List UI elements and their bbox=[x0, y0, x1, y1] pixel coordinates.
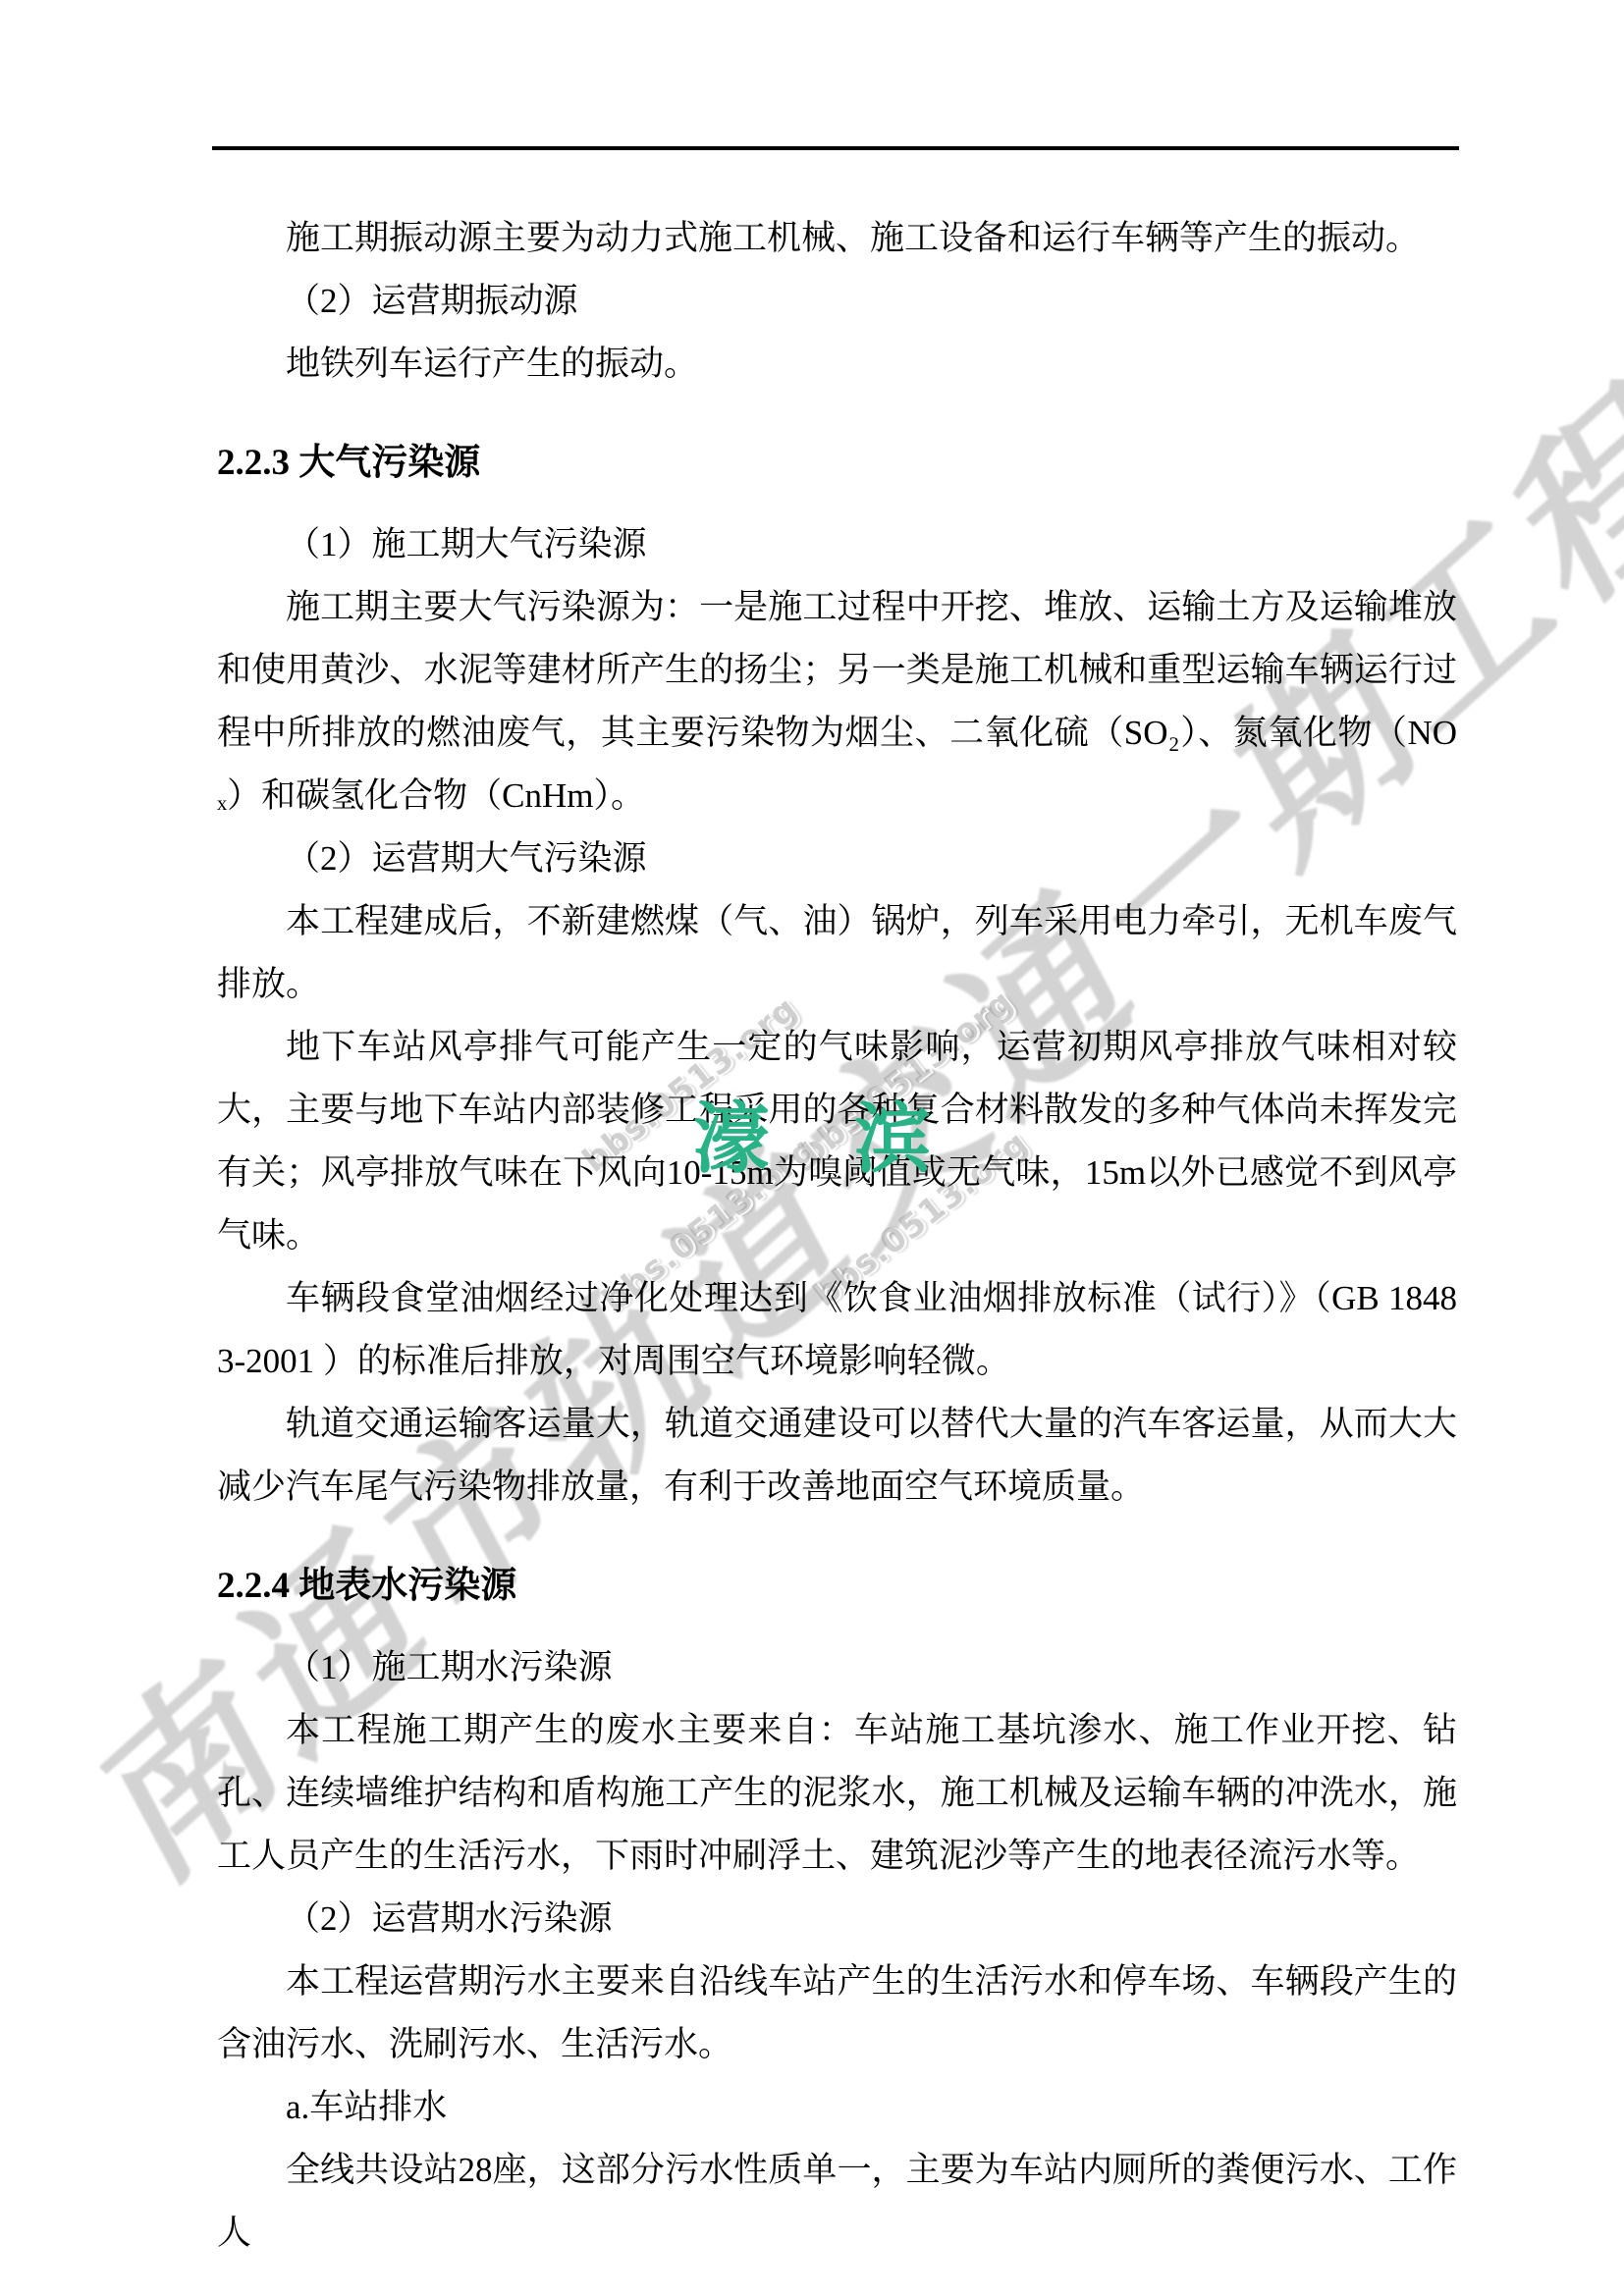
para-item-1-water-construction: （1）施工期水污染源 bbox=[217, 1636, 1457, 1699]
para-vibration-construction: 施工期振动源主要为动力式施工机械、施工设备和运行车辆等产生的振动。 bbox=[217, 207, 1457, 270]
document-page: 南通市轨道交通一期工程 bbs.0513.org bbs.0513.org bb… bbox=[0, 0, 1624, 2296]
para-air-operation-desc: 本工程建成后，不新建燃煤（气、油）锅炉，列车采用电力牵引，无机车废气排放。 bbox=[217, 890, 1457, 1016]
page-body: 施工期振动源主要为动力式施工机械、施工设备和运行车辆等产生的振动。 （2）运营期… bbox=[217, 146, 1457, 2265]
para-item-2-vibration-operation: （2）运营期振动源 bbox=[217, 270, 1457, 333]
para-station-drainage-desc: 全线共设站28座，这部分污水性质单一，主要为车站内厕所的粪便污水、工作人 bbox=[217, 2139, 1457, 2265]
section-heading-2-2-4: 2.2.4 地表水污染源 bbox=[217, 1562, 1457, 1611]
header-rule bbox=[212, 146, 1459, 150]
section-heading-2-2-3: 2.2.3 大气污染源 bbox=[217, 439, 1457, 488]
para-item-2-water-operation: （2）运营期水污染源 bbox=[217, 1888, 1457, 1950]
haobin-logo-watermark: 濠滨 bbox=[693, 1101, 1015, 1178]
para-item-2-air-operation: （2）运营期大气污染源 bbox=[217, 828, 1457, 890]
para-canteen-fume: 车辆段食堂油烟经过净化处理达到《饮食业油烟排放标准（试行）》（GB 18483-… bbox=[217, 1267, 1457, 1393]
para-station-drainage-label: a.车站排水 bbox=[217, 2076, 1457, 2139]
para-water-operation-desc: 本工程运营期污水主要来自沿线车站产生的生活污水和停车场、车辆段产生的含油污水、洗… bbox=[217, 1950, 1457, 2076]
para-item-1-air-construction: （1）施工期大气污染源 bbox=[217, 513, 1457, 576]
para-rail-transit-benefit: 轨道交通运输客运量大，轨道交通建设可以替代大量的汽车客运量，从而大大减少汽车尾气… bbox=[217, 1393, 1457, 1519]
para-vibration-operation-desc: 地铁列车运行产生的振动。 bbox=[217, 333, 1457, 396]
para-air-construction-desc: 施工期主要大气污染源为：一是施工过程中开挖、堆放、运输土方及运输堆放和使用黄沙、… bbox=[217, 576, 1457, 828]
para-water-construction-desc: 本工程施工期产生的废水主要来自：车站施工基坑渗水、施工作业开挖、钻孔、连续墙维护… bbox=[217, 1699, 1457, 1888]
